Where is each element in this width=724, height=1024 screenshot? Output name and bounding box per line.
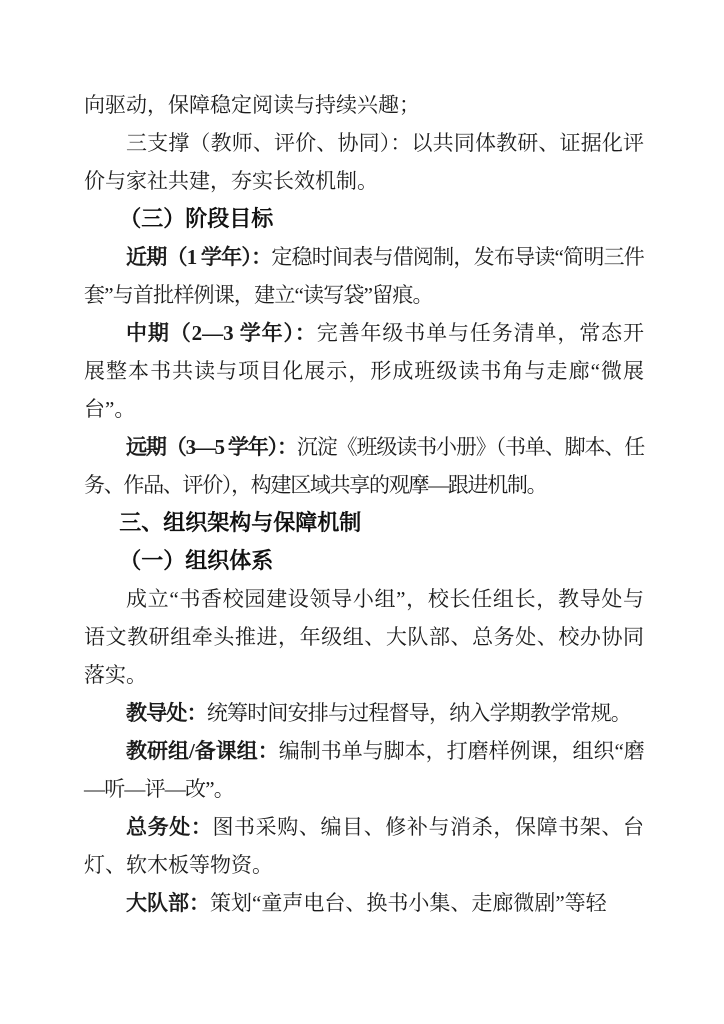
- paragraph-lead: 教研组/备课组：: [126, 739, 279, 763]
- document-content: 向驱动，保障稳定阅读与持续兴趣；三支撑（教师、评价、协同）：以共同体教研、证据化…: [84, 86, 644, 922]
- paragraph-lead: 远期（3—5 学年）：: [126, 435, 297, 459]
- body-paragraph: 教导处：统筹时间安排与过程督导，纳入学期教学常规。: [84, 694, 644, 732]
- body-paragraph: 向驱动，保障稳定阅读与持续兴趣；: [84, 86, 644, 124]
- body-paragraph: 教研组/备课组：编制书单与脚本，打磨样例课，组织“磨—听—评—改”。: [84, 732, 644, 808]
- paragraph-lead: 大队部：: [126, 891, 210, 915]
- paragraph-lead: 教导处：: [126, 701, 207, 725]
- paragraph-lead: 近期（1 学年）：: [126, 245, 271, 269]
- body-paragraph: 三支撑（教师、评价、协同）：以共同体教研、证据化评价与家社共建，夯实长效机制。: [84, 124, 644, 200]
- subsection-heading: （三）阶段目标: [84, 200, 644, 238]
- body-paragraph: 成立“书香校园建设领导小组”，校长任组长，教导处与语文教研组牵头推进，年级组、大…: [84, 580, 644, 694]
- body-paragraph: 近期（1 学年）：定稳时间表与借阅制，发布导读“简明三件套”与首批样例课，建立“…: [84, 238, 644, 314]
- body-paragraph: 大队部：策划“童声电台、换书小集、走廊微剧”等轻: [84, 884, 644, 922]
- document-page: 向驱动，保障稳定阅读与持续兴趣；三支撑（教师、评价、协同）：以共同体教研、证据化…: [0, 0, 724, 1024]
- body-paragraph: 中期（2—3 学年）：完善年级书单与任务清单，常态开展整本书共读与项目化展示，形…: [84, 314, 644, 428]
- paragraph-lead: 总务处：: [126, 815, 212, 839]
- section-heading: 三、组织架构与保障机制: [84, 504, 644, 542]
- body-paragraph: 远期（3—5 学年）：沉淀《班级读书小册》（书单、脚本、任务、作品、评价），构建…: [84, 428, 644, 504]
- subsection-heading: （一）组织体系: [84, 542, 644, 580]
- paragraph-lead: 中期（2—3 学年）：: [126, 321, 317, 345]
- body-paragraph: 总务处：图书采购、编目、修补与消杀，保障书架、台灯、软木板等物资。: [84, 808, 644, 884]
